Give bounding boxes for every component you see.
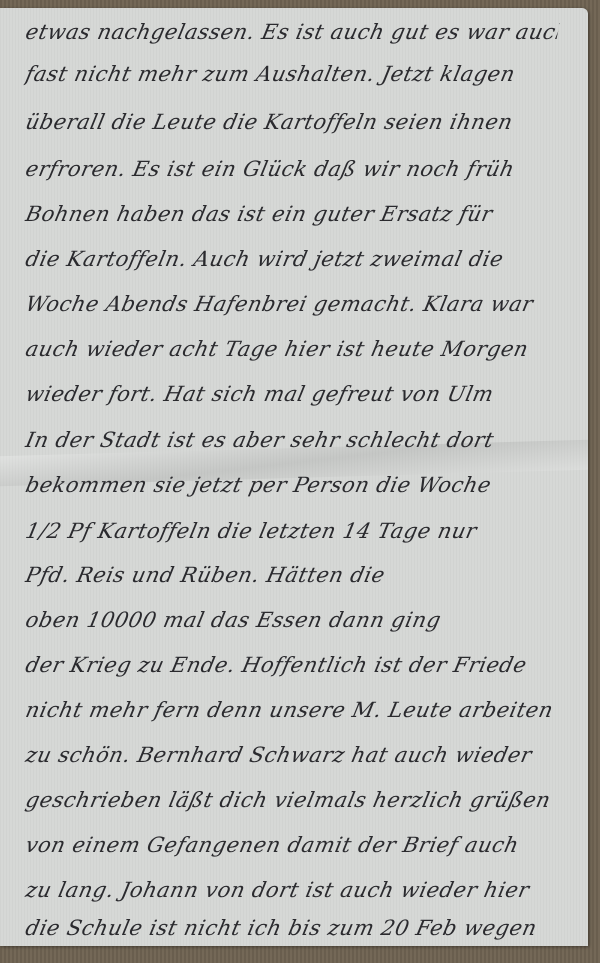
- handwritten-line: von einem Gefangenen damit der Brief auc…: [22, 825, 563, 865]
- handwritten-line: Woche Abends Hafenbrei gemacht. Klara wa…: [22, 284, 563, 324]
- handwritten-line: zu lang. Johann von dort ist auch wieder…: [22, 870, 563, 910]
- handwritten-line: 1/2 Pf Kartoffeln die letzten 14 Tage nu…: [22, 511, 563, 551]
- handwritten-line: fast nicht mehr zum Aushalten. Jetzt kla…: [22, 54, 563, 94]
- handwritten-line: überall die Leute die Kartoffeln seien i…: [22, 102, 563, 142]
- handwritten-line: etwas nachgelassen. Es ist auch gut es w…: [22, 12, 563, 52]
- handwritten-line: die Kartoffeln. Auch wird jetzt zweimal …: [22, 239, 563, 279]
- handwritten-line: bekommen sie jetzt per Person die Woche: [22, 465, 563, 505]
- handwritten-line: Bohnen haben das ist ein guter Ersatz fü…: [22, 194, 563, 234]
- handwritten-line: erfroren. Es ist ein Glück daß wir noch …: [22, 149, 563, 189]
- handwritten-line: auch wieder acht Tage hier ist heute Mor…: [22, 329, 563, 369]
- handwritten-line: In der Stadt ist es aber sehr schlecht d…: [22, 420, 563, 460]
- handwritten-line: wieder fort. Hat sich mal gefreut von Ul…: [22, 374, 563, 414]
- handwritten-line: oben 10000 mal das Essen dann ging: [22, 600, 563, 640]
- handwritten-line: die Schule ist nicht ich bis zum 20 Feb …: [22, 908, 563, 948]
- handwritten-line: zu schön. Bernhard Schwarz hat auch wied…: [22, 735, 563, 775]
- handwritten-line: der Krieg zu Ende. Hoffentlich ist der F…: [22, 645, 563, 685]
- handwritten-line: nicht mehr fern denn unsere M. Leute arb…: [22, 690, 563, 730]
- handwritten-line: Pfd. Reis und Rüben. Hätten die: [22, 555, 563, 595]
- handwritten-line: geschrieben läßt dich vielmals herzlich …: [22, 780, 563, 820]
- letter-page: etwas nachgelassen. Es ist auch gut es w…: [0, 8, 588, 946]
